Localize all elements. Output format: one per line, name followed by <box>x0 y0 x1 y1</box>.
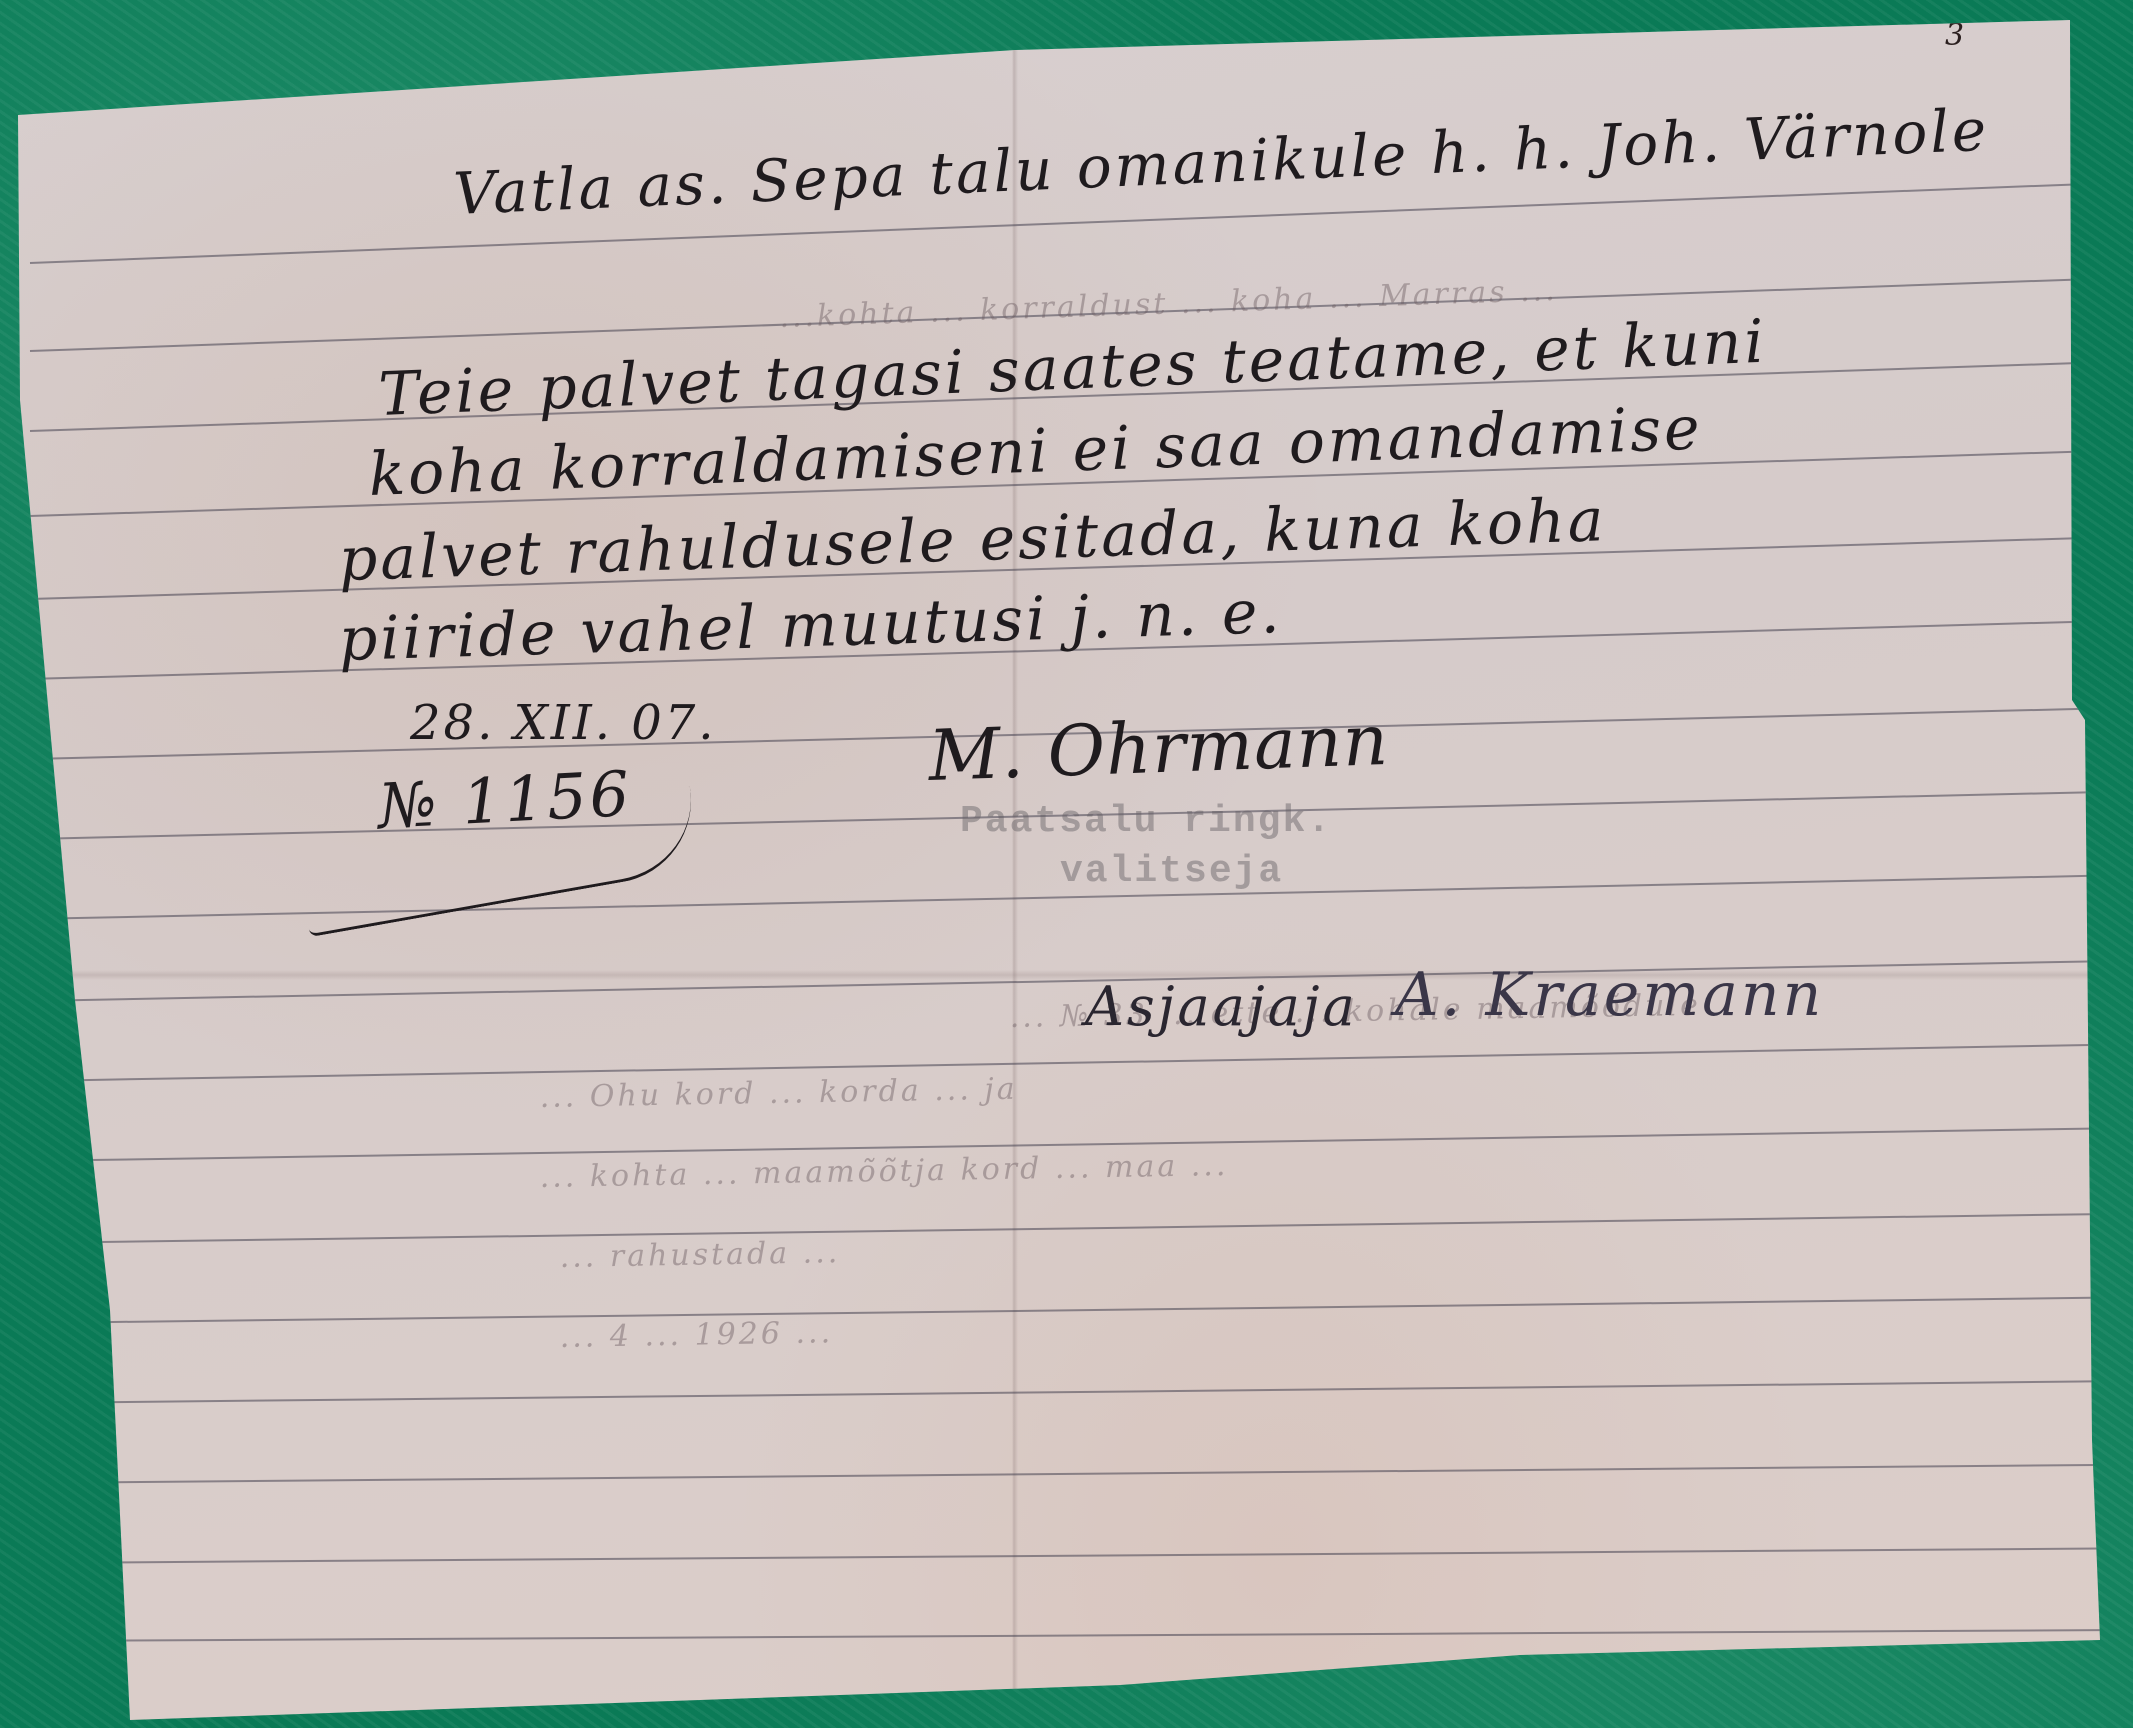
corner-mark: 3 <box>1945 18 1964 53</box>
date: 28. XII. 07. <box>410 695 717 751</box>
address-line: Vatla as. Sepa talu omanikule h. h. Joh.… <box>452 96 1990 228</box>
body-line: piiride vahel muutusi j. n. e. <box>338 577 1283 675</box>
stamp-line: valitseja <box>1060 850 1283 893</box>
signature-kraemann: A. Kraemann <box>1395 960 1824 1030</box>
ruled-line <box>30 1213 2110 1244</box>
bleed-through-text: ... kohta ... maamõõtja kord ... maa ... <box>539 1148 1228 1195</box>
ruled-line <box>30 1629 2110 1642</box>
signature-ohrmann: M. Ohrmann <box>927 699 1390 797</box>
bleed-through-text: ... Ohu kord ... korda ... ja <box>539 1072 1017 1115</box>
bleed-through-text: ... rahustada ... <box>559 1235 840 1275</box>
document-paper: 3 Vatla as. Sepa talu omanikule h. h. Jo… <box>0 0 2133 1728</box>
ruled-line <box>30 1547 2110 1564</box>
signature-label-asjaajaja: Asjaajaja <box>1085 975 1358 1038</box>
ruled-line <box>30 1297 2110 1324</box>
ruled-line <box>30 1464 2110 1484</box>
bleed-through-text: ... 4 ... 1926 ... <box>559 1315 833 1355</box>
ruled-line <box>30 1044 2110 1082</box>
ruled-line <box>30 1380 2110 1404</box>
stamp-line: Paatsalu ringk. <box>960 800 1332 843</box>
